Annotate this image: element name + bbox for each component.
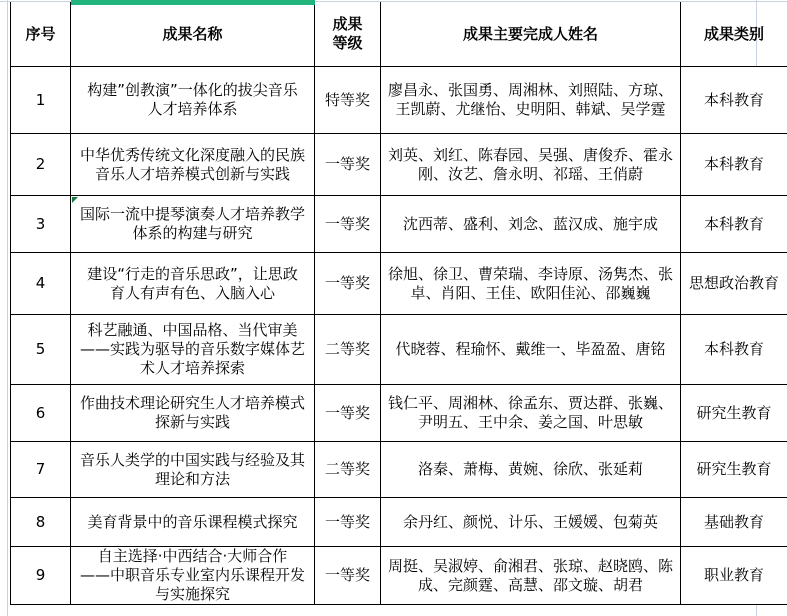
cell-name[interactable]: 自主选择·中西结合·大师合作 ——中职音乐专业室内乐课程开发 与实施探究 (71, 547, 315, 605)
cell-people[interactable]: 徐旭、徐卫、曹荣瑞、李诗原、汤隽杰、张 卓、肖阳、王佳、欧阳佳沁、邵巍巍 (381, 253, 681, 315)
cell-category[interactable]: 本科教育 (681, 196, 787, 253)
cell-category[interactable]: 基础教育 (681, 498, 787, 547)
header-no[interactable]: 序号 (10, 2, 71, 67)
gridline-right-bottom (756, 605, 757, 616)
cell-category[interactable]: 思想政治教育 (681, 253, 787, 315)
cell-people[interactable]: 周挺、吴淑婷、俞湘君、张琼、赵晓鸥、陈 成、完颜霆、高慧、邵文璇、胡君 (381, 547, 681, 605)
column-selection-bar (71, 0, 315, 5)
cell-category[interactable]: 本科教育 (681, 134, 787, 196)
cell-people[interactable]: 廖昌永、张国勇、周湘林、刘照陆、方琼、 王凯蔚、尤继怡、史明阳、韩斌、吴学霆 (381, 67, 681, 134)
cell-name[interactable]: 构建”创教演”一体化的拔尖音乐 人才培养体系 (71, 67, 315, 134)
cell-name[interactable]: 国际一流中提琴演奏人才培养教学 体系的构建与研究 (71, 196, 315, 253)
cell-error-marker-icon (72, 197, 78, 203)
cell-level[interactable]: 一等奖 (315, 253, 381, 315)
cell-no[interactable]: 6 (10, 385, 71, 442)
cell-level[interactable]: 二等奖 (315, 442, 381, 498)
cell-no[interactable]: 1 (10, 67, 71, 134)
results-table: 序号 成果名称 成果 等级 成果主要完成人姓名 成果类别 1 构建”创教演”一体… (10, 2, 787, 605)
cell-no[interactable]: 5 (10, 315, 71, 385)
cell-level[interactable]: 一等奖 (315, 196, 381, 253)
cell-no[interactable]: 2 (10, 134, 71, 196)
cell-level[interactable]: 一等奖 (315, 498, 381, 547)
cell-people[interactable]: 洛秦、萧梅、黄婉、徐欣、张延莉 (381, 442, 681, 498)
cell-level[interactable]: 一等奖 (315, 385, 381, 442)
cell-people[interactable]: 代晓蓉、程瑜怀、戴维一、毕盈盈、唐铭 (381, 315, 681, 385)
header-name[interactable]: 成果名称 (71, 2, 315, 67)
cell-category[interactable]: 本科教育 (681, 315, 787, 385)
gridline-left (7, 0, 8, 616)
header-category[interactable]: 成果类别 (681, 2, 787, 67)
cell-category[interactable]: 研究生教育 (681, 385, 787, 442)
cell-no[interactable]: 9 (10, 547, 71, 605)
cell-people[interactable]: 余丹红、颜悦、计乐、王媛媛、包菊英 (381, 498, 681, 547)
cell-no[interactable]: 7 (10, 442, 71, 498)
cell-category[interactable]: 研究生教育 (681, 442, 787, 498)
spreadsheet-view: 序号 成果名称 成果 等级 成果主要完成人姓名 成果类别 1 构建”创教演”一体… (0, 0, 787, 616)
cell-level[interactable]: 二等奖 (315, 315, 381, 385)
cell-people[interactable]: 沈西蒂、盛利、刘念、蓝汉成、施宇成 (381, 196, 681, 253)
cell-category[interactable]: 职业教育 (681, 547, 787, 605)
cell-name[interactable]: 作曲技术理论研究生人才培养模式 探新与实践 (71, 385, 315, 442)
cell-name[interactable]: 美育背景中的音乐课程模式探究 (71, 498, 315, 547)
header-people[interactable]: 成果主要完成人姓名 (381, 2, 681, 67)
cell-level[interactable]: 一等奖 (315, 547, 381, 605)
cell-level[interactable]: 一等奖 (315, 134, 381, 196)
cell-name[interactable]: 中华优秀传统文化深度融入的民族 音乐人才培养模式创新与实践 (71, 134, 315, 196)
cell-category[interactable]: 本科教育 (681, 67, 787, 134)
cell-no[interactable]: 8 (10, 498, 71, 547)
cell-people[interactable]: 刘英、刘红、陈春园、吴强、唐俊乔、霍永 刚、汝艺、詹永明、祁瑶、王俏蔚 (381, 134, 681, 196)
header-level[interactable]: 成果 等级 (315, 2, 381, 67)
cell-name[interactable]: 科艺融通、中国品格、当代审美 ——实践为驱导的音乐数字媒体艺 术人才培养探索 (71, 315, 315, 385)
cell-no[interactable]: 4 (10, 253, 71, 315)
cell-name[interactable]: 建设“行走的音乐思政”，让思政 育人有声有色、入脑入心 (71, 253, 315, 315)
cell-level[interactable]: 特等奖 (315, 67, 381, 134)
cell-name[interactable]: 音乐人类学的中国实践与经验及其 理论和方法 (71, 442, 315, 498)
cell-no[interactable]: 3 (10, 196, 71, 253)
cell-people[interactable]: 钱仁平、周湘林、徐孟东、贾达群、张巍、 尹明五、王中余、姜之国、叶思敏 (381, 385, 681, 442)
